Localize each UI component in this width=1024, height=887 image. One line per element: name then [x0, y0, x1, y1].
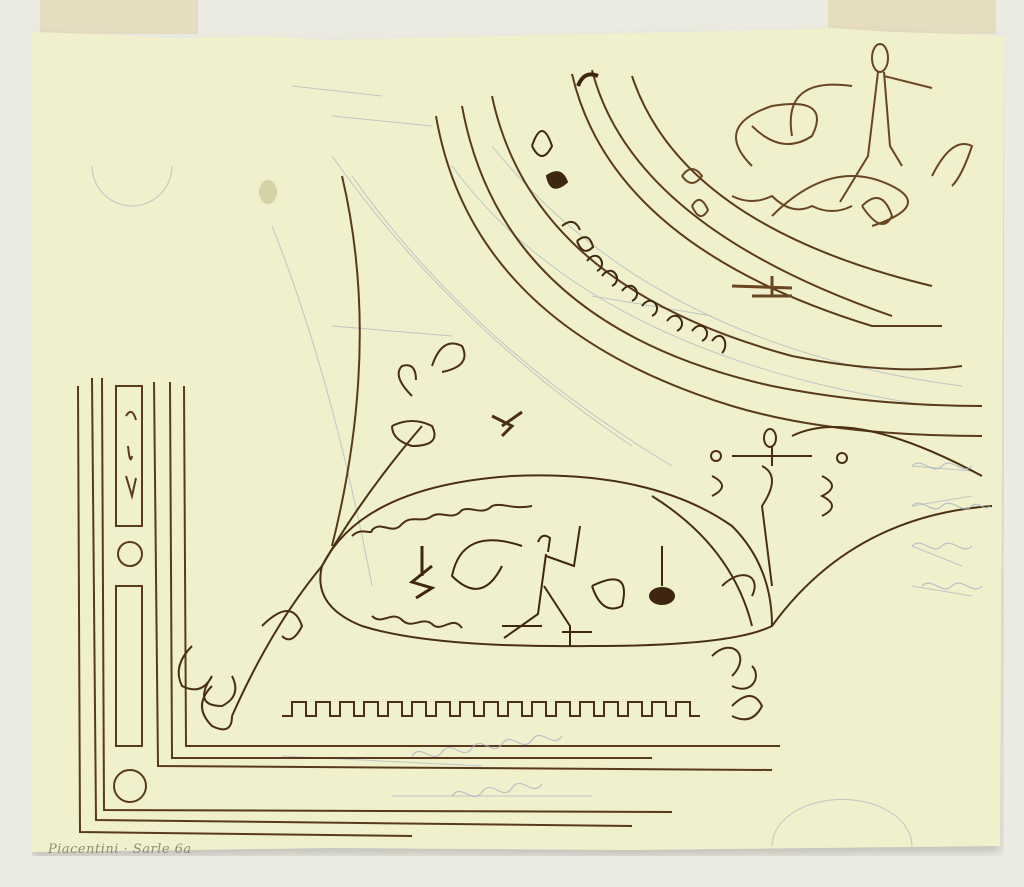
pencil-inscription: Piacentini · Sarle 6a	[48, 842, 192, 857]
paper	[32, 28, 1004, 852]
drawing-sheet	[32, 26, 1004, 856]
stain	[259, 180, 277, 204]
drawing-artwork	[32, 26, 1004, 856]
